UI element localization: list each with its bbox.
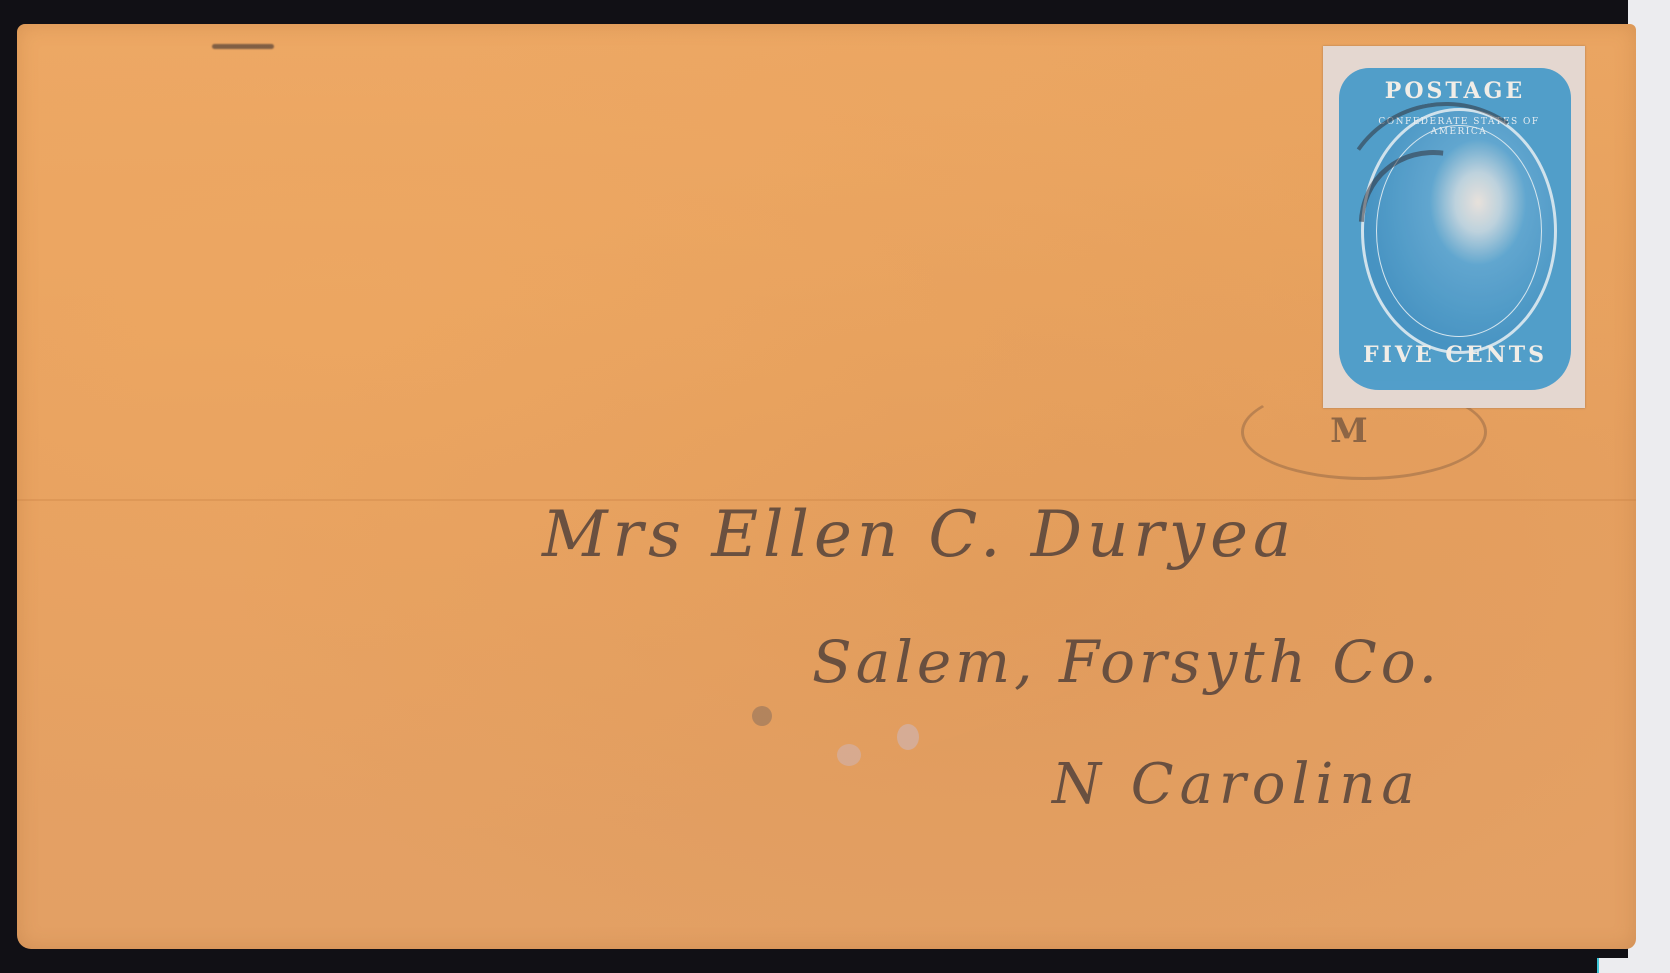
envelope: M POSTAGE CONFEDERATE STATES OF AMERICA … — [17, 24, 1636, 949]
address-town: Salem, Forsyth Co. — [812, 628, 1441, 696]
stamp-denomination: FIVE CENTS — [1339, 342, 1571, 368]
address-state: N Carolina — [1052, 752, 1421, 817]
background-right-edge-bottom — [1597, 958, 1670, 973]
stain-spot — [837, 744, 861, 766]
ink-smudge — [212, 44, 274, 49]
address-recipient: Mrs Ellen C. Duryea — [542, 498, 1296, 572]
stamp-top-label: POSTAGE — [1339, 78, 1571, 104]
postage-stamp: POSTAGE CONFEDERATE STATES OF AMERICA FI… — [1323, 46, 1585, 408]
stain-spot — [752, 706, 772, 726]
postmark-text: M — [1244, 411, 1484, 451]
stain-spot — [897, 724, 919, 750]
